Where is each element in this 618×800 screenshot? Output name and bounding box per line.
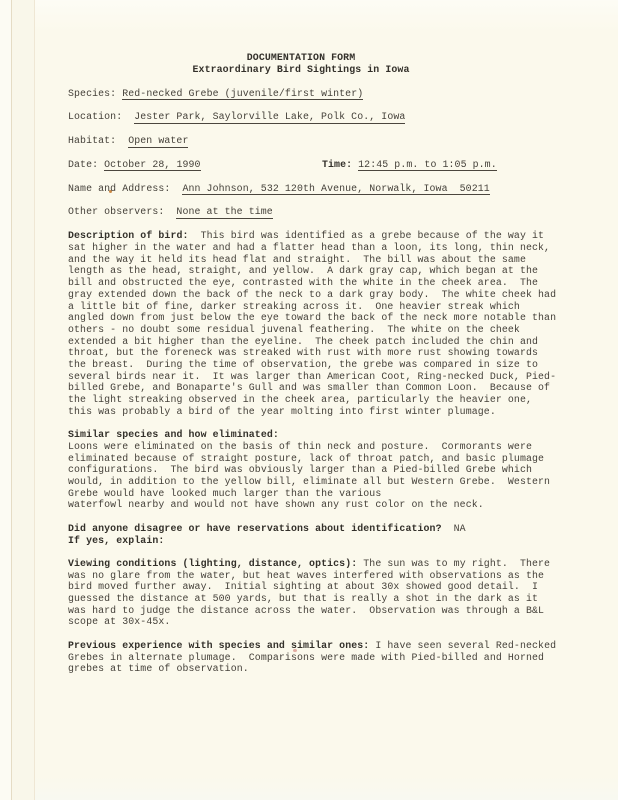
field-location: Location:Jester Park, Saylorville Lake, … [68,111,573,123]
disagree-subheading: If yes, explain: [68,535,164,546]
description-text: This bird was identified as a grebe beca… [68,230,556,417]
location-value: Jester Park, Saylorville Lake, Polk Co.,… [134,111,405,124]
viewing-conditions-heading: Viewing conditions (lighting, distance, … [68,558,357,569]
description-heading: Description of bird: [68,230,189,241]
section-description: Description of bird: This bird was ident… [68,230,573,417]
disagree-heading: Did anyone disagree or have reservations… [68,523,442,534]
disagree-answer: NA [454,523,466,534]
species-value: Red-necked Grebe (juvenile/first winter) [122,88,363,101]
scan-edge-line [34,0,35,800]
habitat-value: Open water [128,135,188,148]
scan-edge-strip [12,0,34,800]
date-label: Date: [68,159,98,170]
other-observers-label: Other observers: [68,206,164,217]
section-previous-experience: Previous experience with species and sim… [68,640,573,675]
form-title-line2: Extraordinary Bird Sightings in Iowa [68,64,534,76]
location-label: Location: [68,111,122,122]
form-title: DOCUMENTATION FORM Extraordinary Bird Si… [68,52,534,75]
time-label: Time: [322,159,352,170]
date-value: October 28, 1990 [104,159,200,172]
section-disagree: Did anyone disagree or have reservations… [68,523,573,546]
document-body: DOCUMENTATION FORM Extraordinary Bird Si… [68,52,573,675]
other-observers-value: None at the time [176,206,272,219]
habitat-label: Habitat: [68,135,116,146]
time-value: 12:45 p.m. to 1:05 p.m. [358,159,497,172]
field-date-time: Date:October 28, 1990Time:12:45 p.m. to … [68,159,573,171]
field-time: Time:12:45 p.m. to 1:05 p.m. [322,159,497,171]
similar-species-text: Loons were eliminated on the basis of th… [68,441,550,511]
species-label: Species: [68,88,116,99]
field-name-address: Name and Address:Ann Johnson, 532 120th … [68,183,573,195]
section-similar-species: Similar species and how eliminated: Loon… [68,429,573,511]
section-viewing-conditions: Viewing conditions (lighting, distance, … [68,558,573,628]
name-address-label: Name and Address: [68,183,170,194]
name-address-value: Ann Johnson, 532 120th Avenue, Norwalk, … [182,183,489,196]
field-habitat: Habitat:Open water [68,135,573,147]
previous-experience-heading: Previous experience with species and sim… [68,640,369,651]
similar-species-heading: Similar species and how eliminated: [68,429,279,440]
field-species: Species:Red-necked Grebe (juvenile/first… [68,88,573,100]
form-title-line1: DOCUMENTATION FORM [68,52,534,64]
field-other-observers: Other observers:None at the time [68,206,573,218]
scan-edge-strip [0,0,11,800]
document-page: DOCUMENTATION FORM Extraordinary Bird Si… [0,0,618,800]
